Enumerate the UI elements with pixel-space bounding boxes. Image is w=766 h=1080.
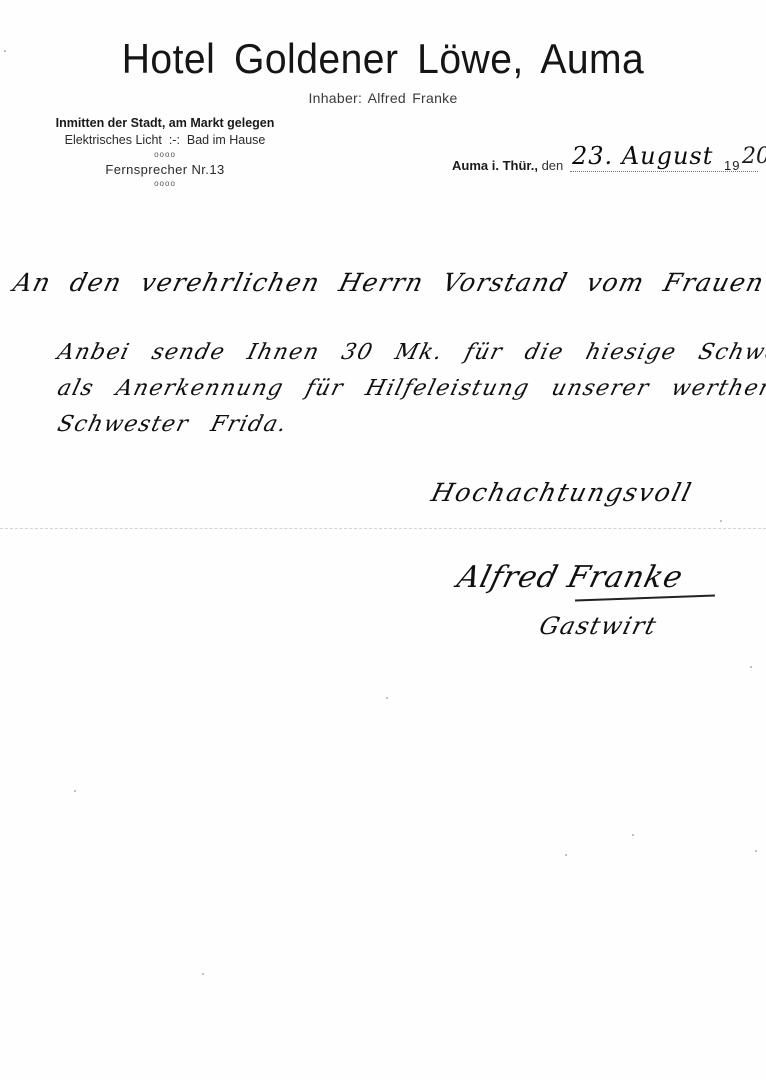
body-line: Anbei sende Ihnen 30 Mk. für die hiesige… (55, 340, 766, 365)
hotel-title: Hotel Goldener Löwe, Auma (27, 38, 739, 80)
scan-speck (74, 790, 76, 792)
phone-line: Fernsprecher Nr.13 (20, 161, 310, 178)
signature-flourish (575, 595, 715, 602)
handwritten-date: 23. August (572, 142, 713, 170)
scan-speck (386, 697, 388, 699)
scan-artifact-line (0, 528, 766, 529)
amenities-line: Elektrisches Licht :-: Bad im Hause (20, 132, 310, 149)
owner-line: Inhaber: Alfred Franke (0, 90, 766, 106)
dateline-place: Auma i. Thür., (452, 158, 538, 173)
scan-speck (755, 850, 757, 852)
occupation: Gastwirt (537, 612, 661, 640)
salutation: An den verehrlichen Herrn Vorstand vom F… (10, 268, 766, 297)
location-line: Inmitten der Stadt, am Markt gelegen (20, 115, 310, 132)
scan-speck (720, 520, 722, 522)
body-line: Schwester Frida. (55, 412, 290, 437)
body-line: als Anerkennung für Hilfeleistung unsere… (55, 376, 766, 401)
closing: Hochachtungsvoll (428, 478, 695, 507)
letterhead-details: Inmitten der Stadt, am Markt gelegen Ele… (20, 115, 310, 190)
scan-speck (750, 666, 752, 668)
scan-speck (202, 973, 204, 975)
dateline-den: den (538, 158, 563, 173)
signature: Alfred Franke (454, 560, 687, 595)
ornament-dots-bottom: oooo (20, 178, 310, 190)
dateline: Auma i. Thür., den 23. August 19 20 (452, 158, 563, 173)
letter-page: Hotel Goldener Löwe, Auma Inhaber: Alfre… (0, 0, 766, 1080)
scan-speck (565, 854, 567, 856)
year-prefix: 19 (724, 158, 740, 173)
year-handwritten: 20 (742, 144, 766, 169)
ornament-dots-top: oooo (20, 149, 310, 161)
scan-speck (632, 834, 634, 836)
scan-speck (4, 50, 6, 52)
